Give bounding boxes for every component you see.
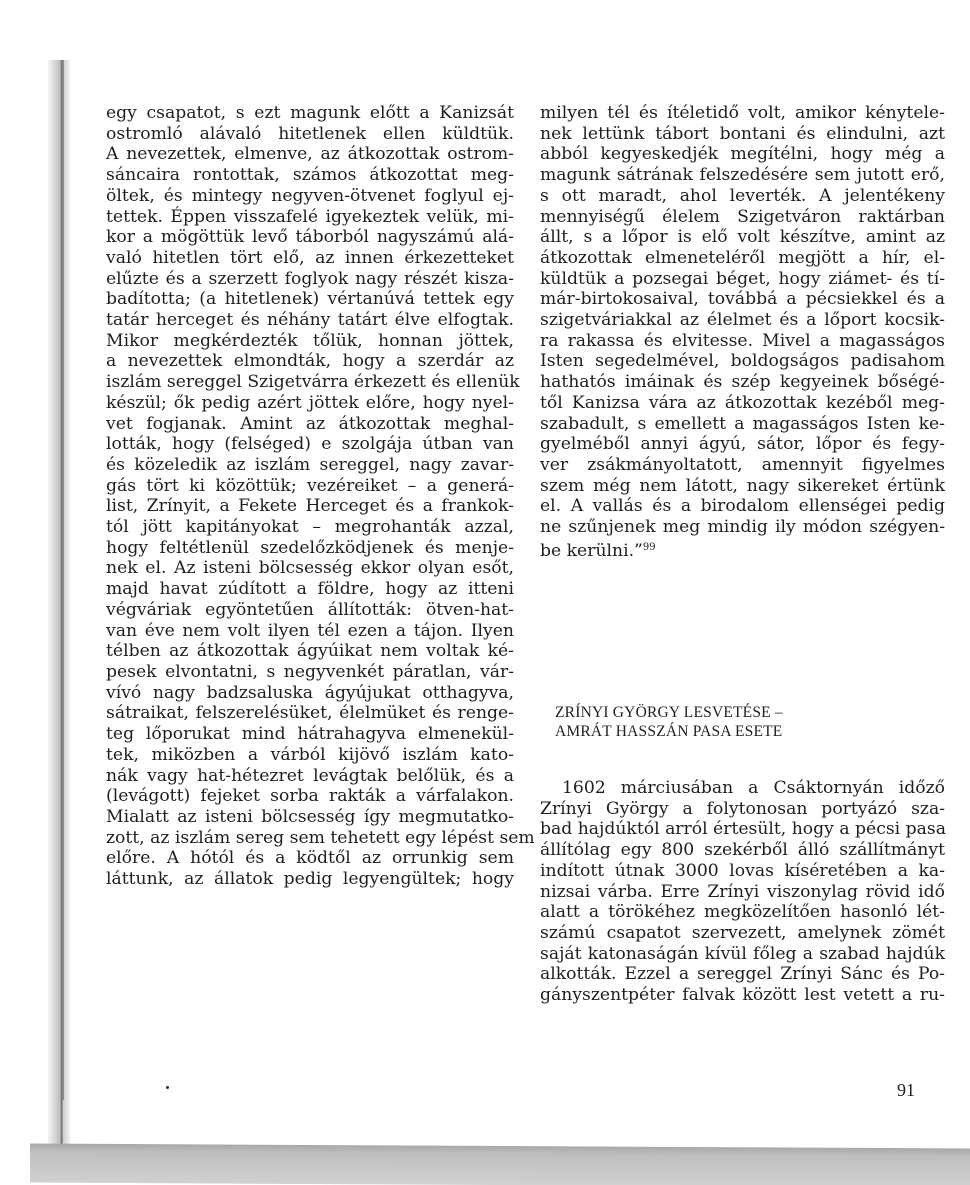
text-line: a nevezettek elmondták, hogy a szerdár a… bbox=[106, 351, 514, 372]
text-line: tatár herceget és néhány tatárt élve elf… bbox=[106, 310, 514, 331]
text-line: ne szűnjenek meg mindig ily módon szégye… bbox=[540, 517, 945, 538]
footnote-marker[interactable]: 99 bbox=[643, 542, 656, 553]
text-line: ra rakassa és elvitesse. Mivel a magassá… bbox=[540, 331, 945, 352]
text-line: milyen tél és ítéletidő volt, amikor kén… bbox=[540, 103, 945, 124]
text-line: nek lettünk tábort bontani és elindulni,… bbox=[540, 124, 945, 145]
text-line: iszlám sereggel Szigetvárra érkezett és … bbox=[106, 372, 514, 393]
text-line: készül; ők pedig azért jöttek előre, hog… bbox=[106, 393, 514, 414]
text-line: öltek, és mintegy negyven-ötvenet foglyu… bbox=[106, 186, 514, 207]
section-heading-line: AMRÁT HASSZÁN PASA ESETE bbox=[555, 722, 783, 741]
text-line: indított útnak 3000 lovas kíséretében a … bbox=[540, 861, 945, 882]
text-line: alatt a törökéhez megközelítően hasonló … bbox=[540, 902, 945, 923]
text-line: sáncaira rontottak, számos átkozottat me… bbox=[106, 165, 514, 186]
text-line: teg lőporukat mind hátrahagyva elmenekül… bbox=[106, 724, 514, 745]
text-line: tól jött kapitányokat – megrohanták azza… bbox=[106, 517, 514, 538]
text-line: abból kegyeskedjék megítélni, hogy még a bbox=[540, 144, 945, 165]
text-line: gyelméből annyi ágyú, sátor, lőpor és fe… bbox=[540, 434, 945, 455]
text-line: vet fogjanak. Amint az átkozottak meghal… bbox=[106, 414, 514, 435]
text-line: ostromló alávaló hitetlenek ellen küldtü… bbox=[106, 124, 514, 145]
text-line: átkozottak elmeneteléről megjött a hír, … bbox=[540, 248, 945, 269]
text-line: küldtük a pozsegai béget, hogy ziámet- é… bbox=[540, 269, 945, 290]
text-line: badította; (a hitetlenek) vértanúvá tett… bbox=[106, 289, 514, 310]
text-line: nizsai várba. Erre Zrínyi viszonylag röv… bbox=[540, 882, 945, 903]
text-line: zott, az iszlám sereg sem tehetett egy l… bbox=[106, 828, 514, 849]
text-line: van éve nem volt ilyen tél ezen a tájon.… bbox=[106, 621, 514, 642]
scan-speck bbox=[166, 1086, 169, 1089]
text-line: pesek elvontatni, s negyvenkét páratlan,… bbox=[106, 662, 514, 683]
right-text-column: milyen tél és ítéletidő volt, amikor kén… bbox=[540, 103, 945, 561]
text-line: kor a mögöttük levő táborból nagyszámú a… bbox=[106, 227, 514, 248]
text-line: szabadult, s emellett a magasságos Isten… bbox=[540, 414, 945, 435]
text-line: (levágott) fejeket sorba rakták a várfal… bbox=[106, 786, 514, 807]
book-binding-edge bbox=[48, 60, 70, 1160]
text-line: saját katonaságán kívül főleg a szabad h… bbox=[540, 944, 945, 965]
text-line: láttunk, az állatok pedig legyengültek; … bbox=[106, 869, 514, 890]
text-line: sátraikat, felszerelésüket, élelmüket és… bbox=[106, 703, 514, 724]
text-line: állt, s a lőpor is elő volt készítve, am… bbox=[540, 227, 945, 248]
text-line: hathatós imáinak és szép kegyeinek bőség… bbox=[540, 372, 945, 393]
text-line: Mikor megkérdezték tőlük, honnan jöttek, bbox=[106, 331, 514, 352]
text-line: egy csapatot, s ezt magunk előtt a Kaniz… bbox=[106, 103, 514, 124]
text-line: Zrínyi György a folytonosan portyázó sza… bbox=[540, 799, 945, 820]
text-line: és közeledik az iszlám sereggel, nagy za… bbox=[106, 455, 514, 476]
text-line: el. A vallás és a birodalom ellenségei p… bbox=[540, 496, 945, 517]
text-line: mennyiségű élelem Szigetváron raktárban bbox=[540, 207, 945, 228]
text-line: való hitetlen tört elő, az innen érkezet… bbox=[106, 248, 514, 269]
text-line: től Kanizsa vára az átkozottak kezéből m… bbox=[540, 393, 945, 414]
section-body: 1602 márciusában a Csáktornyán időző Zrí… bbox=[540, 778, 945, 1006]
text-line: magunk sátrának felszedésére sem jutott … bbox=[540, 165, 945, 186]
text-line: alkották. Ezzel a sereggel Zrínyi Sánc é… bbox=[540, 964, 945, 985]
text-line: nek el. Az isteni bölcsesség ekkor olyan… bbox=[106, 558, 514, 579]
text-line: 1602 márciusában a Csáktornyán időző bbox=[540, 778, 945, 799]
text-line: lották, hogy (felséged) e szolgája útban… bbox=[106, 434, 514, 455]
page-bottom-edge bbox=[30, 1144, 970, 1185]
text-line: Mialatt az isteni bölcsesség így megmuta… bbox=[106, 807, 514, 828]
text-line: ver zsákmányoltatott, amennyit figyelmes bbox=[540, 455, 945, 476]
text-line: nák vagy hat-hétezret levágtak belőlük, … bbox=[106, 766, 514, 787]
text-line: s ott maradt, ahol leverték. A jelentéke… bbox=[540, 186, 945, 207]
text-line: már-birtokosaival, továbbá a pécsiekkel … bbox=[540, 289, 945, 310]
text-line: télben az átkozottak ágyúikat nem voltak… bbox=[106, 641, 514, 662]
text-line: vívó nagy badzsaluska ágyújukat otthagyv… bbox=[106, 683, 514, 704]
text-line: A nevezettek, elmenve, az átkozottak ost… bbox=[106, 144, 514, 165]
book-gutter-line bbox=[62, 60, 64, 1100]
text-line-with-footnote: be kerülni.”99 bbox=[540, 538, 945, 562]
text-line: be kerülni.” bbox=[540, 541, 643, 561]
text-line: majd havat zúdított a földre, hogy az it… bbox=[106, 579, 514, 600]
text-line: Isten segedelmével, boldogságos padisaho… bbox=[540, 351, 945, 372]
text-line: hogy feltétlenül szedelőzködjenek és men… bbox=[106, 538, 514, 559]
text-line: szigetváriakkal az élelmet és a lőport k… bbox=[540, 310, 945, 331]
text-line: állítólag egy 800 szekérből álló szállít… bbox=[540, 840, 945, 861]
page-number: 91 bbox=[897, 1080, 915, 1101]
text-line: végváriak egyöntetűen állították: ötven-… bbox=[106, 600, 514, 621]
text-line: tek, miközben a várból kijövő iszlám kat… bbox=[106, 745, 514, 766]
left-text-column: egy csapatot, s ezt magunk előtt a Kaniz… bbox=[106, 103, 514, 890]
text-line: list, Zrínyit, a Fekete Herceget és a fr… bbox=[106, 496, 514, 517]
text-line: bad hajdúktól arról értesült, hogy a péc… bbox=[540, 819, 945, 840]
text-line: gás tört ki közöttük; vezéreiket – a gen… bbox=[106, 476, 514, 497]
text-line: számú csapatot szervezett, amelynek zömé… bbox=[540, 923, 945, 944]
text-line: elűzte és a szerzett foglyok nagy részét… bbox=[106, 269, 514, 290]
text-line: gányszentpéter falvak között lest vetett… bbox=[540, 985, 945, 1006]
text-line: előre. A hótól és a ködtől az orrunkig s… bbox=[106, 848, 514, 869]
section-heading-line: ZRÍNYI GYÖRGY LESVETÉSE – bbox=[555, 703, 783, 722]
text-line: tettek. Éppen visszafelé igyekeztek velü… bbox=[106, 207, 514, 228]
section-heading: ZRÍNYI GYÖRGY LESVETÉSE – AMRÁT HASSZÁN … bbox=[555, 703, 783, 741]
text-line: szem még nem látott, nagy sikereket értü… bbox=[540, 476, 945, 497]
